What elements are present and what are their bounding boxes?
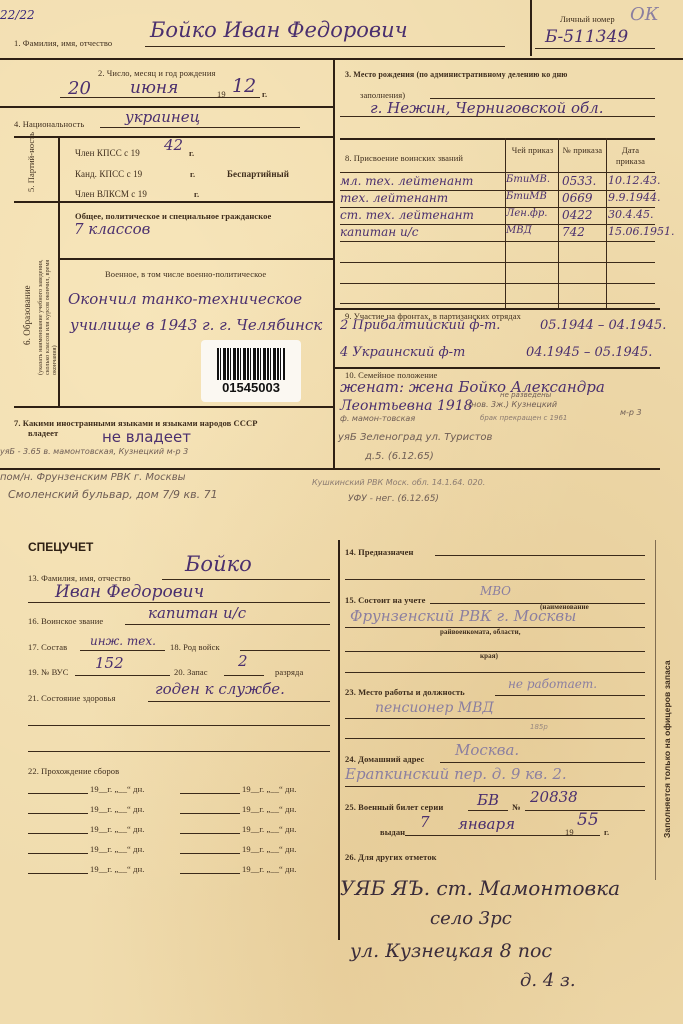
rank-row-1-by[interactable]: БтиМВ. — [506, 174, 550, 185]
field-7-label-2: владеет — [28, 428, 58, 438]
military-id-series[interactable]: БВ — [477, 791, 499, 809]
field-17-value[interactable]: инж. тех. — [90, 634, 156, 648]
birth-year[interactable]: 12 — [232, 75, 256, 97]
barcode-icon — [217, 348, 285, 380]
rank-row-2-by[interactable]: БтиМВ — [506, 191, 547, 202]
vlksm-suffix: г. — [194, 189, 199, 199]
rank-row-3-by[interactable]: Лен.фр. — [506, 208, 547, 219]
field-23-value[interactable]: не работает. — [508, 677, 597, 691]
field-4-label: 4. Национальность — [14, 119, 84, 129]
front-row-1-name[interactable]: 2 Прибалтийский ф-т. — [340, 318, 500, 333]
field-4-value[interactable]: украинец — [125, 108, 200, 126]
field-3-value[interactable]: г. Нежин, Черниговской обл. — [370, 99, 603, 117]
military-id-num-label: № — [512, 802, 521, 812]
field-17-label: 17. Состав — [28, 642, 67, 652]
field-26-note-4[interactable]: д. 4 з. — [520, 970, 576, 991]
field-26-note-2[interactable]: село 3рс — [430, 908, 512, 929]
field-23-label: 23. Место работы и должность — [345, 687, 465, 697]
barcode-number: 01545003 — [201, 380, 301, 395]
field-3-label: 3. Место рождения (по административному … — [345, 70, 568, 79]
civil-education-value[interactable]: 7 классов — [74, 220, 150, 238]
officer-reserve-side-note: Заполняется только на офицеров запаса — [662, 660, 672, 838]
field-10-pencil-6: уяБ Зеленоград ул. Туристов — [338, 432, 492, 443]
field-21-value[interactable]: годен к службе. — [155, 680, 285, 698]
field-10-pencil-5: м-р 3 — [620, 408, 642, 417]
kpss-candidate-label: Канд. КПСС с 19 — [75, 169, 142, 179]
field-6-side-label: 6. Образование — [22, 285, 32, 345]
field-26-label: 26. Для других отметок — [345, 852, 437, 862]
kpss-member-year[interactable]: 42 — [164, 136, 183, 154]
military-education-value-2[interactable]: училище в 1943 г. г. Челябинск — [70, 316, 322, 334]
rank-row-3-num[interactable]: 0422 — [562, 208, 593, 222]
field-15-value-2[interactable]: Фрунзенский РВК г. Москвы — [350, 607, 576, 625]
field-1-value[interactable]: Бойко Иван Федорович — [150, 18, 408, 42]
training-camp-entry[interactable]: 19__г. „__“ дн. — [242, 824, 296, 834]
military-education-label: Военное, в том числе военно-политическое — [105, 269, 266, 279]
training-camp-entry[interactable]: 19__г. „__“ дн. — [242, 804, 296, 814]
field-10-pencil-2: не разведены — [500, 391, 551, 399]
military-id-issued-label: выдан — [380, 827, 405, 837]
field-13-value-1[interactable]: Бойко — [185, 552, 252, 576]
field-15-note-2: райвоенкомата, области, — [440, 628, 521, 636]
field-16-label: 16. Воинское звание — [28, 616, 103, 626]
field-19-value[interactable]: 152 — [95, 654, 124, 672]
rank-row-1-date[interactable]: 10.12.43. — [608, 174, 660, 187]
field-24-label: 24. Домашний адрес — [345, 754, 424, 764]
rank-row-4-rank[interactable]: капитан и/с — [340, 225, 419, 239]
rank-row-4-num[interactable]: 742 — [562, 225, 585, 239]
rank-row-3-rank[interactable]: ст. тех. лейтенант — [340, 208, 474, 222]
rank-row-4-by[interactable]: МВД — [506, 225, 532, 236]
field-10-line-1[interactable]: женат: жена Бойко Александра — [340, 378, 605, 396]
kpss-candidate-suffix: г. — [190, 169, 195, 179]
military-id-issued-day[interactable]: 7 — [420, 813, 430, 831]
non-party-label[interactable]: Беспартийный — [227, 169, 289, 179]
rank-row-3-date[interactable]: 30.4.45. — [608, 208, 653, 221]
field-23-value-2[interactable]: пенсионер МВД — [375, 700, 494, 716]
corner-archive-note: 22/22 — [0, 8, 35, 22]
field-21-label: 21. Состояние здоровья — [28, 693, 116, 703]
pencil-note-2: Смоленский бульвар, дом 7/9 кв. 71 — [8, 488, 218, 501]
military-education-value-1[interactable]: Окончил танко-техническое — [68, 290, 302, 308]
field-19-label: 19. № ВУС — [28, 667, 69, 677]
birth-month[interactable]: июня — [130, 78, 178, 98]
birth-year-suffix: г. — [262, 89, 267, 99]
front-row-2-name[interactable]: 4 Украинский ф-т — [340, 345, 465, 360]
field-10-pencil-7: д.5. (6.12.65) — [365, 451, 434, 462]
col-order-by: Чей приказ — [510, 145, 555, 156]
field-24-value[interactable]: Москва. — [455, 741, 519, 759]
military-id-year[interactable]: 55 — [577, 810, 599, 830]
field-8-label: 8. Присвоение воинских званий — [345, 153, 463, 163]
military-id-issued-month[interactable]: января — [458, 815, 515, 833]
field-26-note-3[interactable]: ул. Кузнецкая 8 пос — [350, 940, 552, 962]
field-7-value[interactable]: не владеет — [102, 428, 191, 446]
rank-row-2-num[interactable]: 0669 — [562, 191, 593, 205]
training-camp-entry[interactable]: 19__г. „__“ дн. — [90, 824, 144, 834]
training-camp-entry[interactable]: 19__г. „__“ дн. — [242, 864, 296, 874]
rank-row-2-rank[interactable]: тех. лейтенант — [340, 191, 448, 205]
field-10-pencil-3: ф. мамон-товская — [340, 414, 415, 423]
birth-day[interactable]: 20 — [68, 78, 91, 99]
field-10-pencil-4: брак прекращен с 1961 — [480, 414, 567, 422]
personal-number-mark: ОК — [630, 4, 659, 25]
col-order-num: № приказа — [560, 145, 605, 156]
field-10-line-2[interactable]: Леонтьевна 1918 — [340, 398, 473, 414]
training-camp-entry[interactable]: 19__г. „__“ дн. — [90, 864, 144, 874]
field-16-value[interactable]: капитан и/с — [148, 604, 246, 622]
rank-row-4-date[interactable]: 15.06.1951. — [608, 225, 674, 238]
pencil-note-1: пом/н. Фрунзенским РВК г. Москвы — [0, 472, 186, 483]
field-20-value[interactable]: 2 — [238, 652, 248, 670]
field-7-pencil-note: уяБ - 3.65 в. мамонтовская, Кузнецкий м-… — [0, 447, 188, 456]
training-camp-entry[interactable]: 19__г. „__“ дн. — [90, 804, 144, 814]
rank-row-1-num[interactable]: 0533. — [562, 174, 596, 188]
field-25-label: 25. Военный билет серии — [345, 802, 443, 812]
field-24-value-2[interactable]: Ерапкинский пер. д. 9 кв. 2. — [345, 765, 567, 783]
front-row-1-period[interactable]: 05.1944 – 04.1945. — [540, 318, 666, 333]
col-order-date: Дата приказа — [608, 145, 653, 167]
field-1-label: 1. Фамилия, имя, отчество — [14, 38, 112, 48]
pencil-note-3: Кушкинский РВК Моск. обл. 14.1.64. 020. — [312, 478, 485, 487]
front-row-2-period[interactable]: 04.1945 – 05.1945. — [526, 345, 652, 360]
kpss-member-label: Член КПСС с 19 — [75, 148, 140, 158]
field-26-note-1[interactable]: УЯБ ЯЪ. ст. Мамонтовка — [340, 876, 620, 900]
pencil-note-4: УФУ - нег. (6.12.65) — [348, 494, 439, 504]
personal-number-value[interactable]: Б-511349 — [545, 27, 628, 47]
special-section-title: СПЕЦУЧЕТ — [28, 540, 93, 554]
field-6-side-note: (указать наименование учебного заведения… — [38, 255, 59, 375]
field-23-pencil: 185р — [530, 723, 548, 731]
field-7-label: 7. Какими иностранными языками и языками… — [14, 418, 258, 428]
archive-barcode: 01545003 — [201, 340, 301, 402]
rank-row-2-date[interactable]: 9.9.1944. — [608, 191, 660, 204]
training-camp-entry[interactable]: 19__г. „__“ дн. — [90, 784, 144, 794]
vlksm-label: Член ВЛКСМ с 19 — [75, 189, 147, 199]
personal-number-label: Личный номер — [560, 14, 615, 24]
field-15-label: 15. Состоит на учете — [345, 595, 425, 605]
field-15-note-3: края) — [480, 652, 498, 660]
military-id-year-suffix: г. — [604, 827, 609, 837]
field-10-pencil-1: (нов. 3ж.) Кузнецкий — [468, 400, 557, 409]
field-20-label: 20. Запас — [174, 667, 208, 677]
kpss-member-suffix: г. — [189, 148, 194, 158]
field-20-suffix: разряда — [275, 667, 303, 677]
training-camp-entry[interactable]: 19__г. „__“ дн. — [242, 784, 296, 794]
field-18-label: 18. Род войск — [170, 642, 220, 652]
field-2-label: 2. Число, месяц и год рождения — [98, 68, 215, 78]
field-5-side-label: 5. Партий-ность — [26, 132, 36, 192]
field-22-label: 22. Прохождение сборов — [28, 766, 119, 776]
training-camp-entry[interactable]: 19__г. „__“ дн. — [242, 844, 296, 854]
field-15-value[interactable]: МВО — [480, 584, 511, 598]
military-id-number[interactable]: 20838 — [530, 788, 578, 806]
field-14-label: 14. Предназначен — [345, 547, 413, 557]
training-camp-entry[interactable]: 19__г. „__“ дн. — [90, 844, 144, 854]
field-13-value-2[interactable]: Иван Федорович — [55, 582, 204, 602]
rank-row-1-rank[interactable]: мл. тех. лейтенант — [340, 174, 473, 188]
